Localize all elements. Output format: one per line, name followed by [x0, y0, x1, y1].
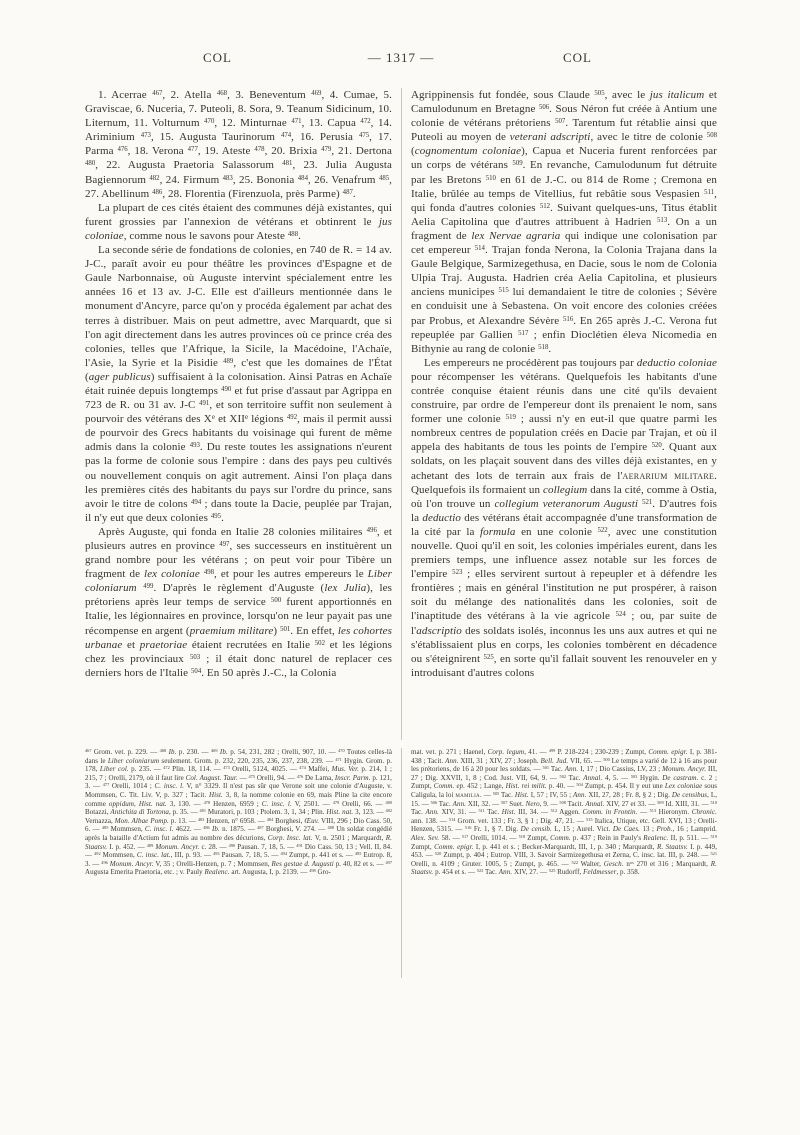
paragraph: Les empereurs ne procédèrent pas toujour… [411, 356, 717, 680]
paragraph: La plupart de ces cités étaient des comm… [85, 201, 392, 243]
paragraph: Agrippinensis fut fondée, sous Claude 50… [411, 88, 717, 356]
main-left-column: 1. Acerrae 467, 2. Atella 468, 3. Beneve… [85, 88, 401, 740]
page-number: — 1317 — [85, 50, 717, 66]
footnotes-left-column: 467 Grom. vet. p. 229. — 468 Ib. p. 230.… [85, 748, 401, 978]
main-text-block: 1. Acerrae 467, 2. Atella 468, 3. Beneve… [85, 88, 717, 740]
paragraph: 1. Acerrae 467, 2. Atella 468, 3. Beneve… [85, 88, 392, 201]
scanned-book-page: COL — 1317 — COL 1. Acerrae 467, 2. Atel… [0, 0, 800, 1135]
footnotes-block: 467 Grom. vet. p. 229. — 468 Ib. p. 230.… [85, 748, 717, 978]
paragraph: Après Auguste, qui fonda en Italie 28 co… [85, 525, 392, 680]
running-head: COL — 1317 — COL [85, 50, 717, 68]
running-head-right: COL [563, 50, 592, 66]
footnotes-left-text: 467 Grom. vet. p. 229. — 468 Ib. p. 230.… [85, 748, 392, 877]
paragraph: La seconde série de fondations de coloni… [85, 243, 392, 525]
footnotes-right-text: mat. vet. p. 271 ; Haenel, Corp. legum, … [411, 748, 717, 877]
footnotes-right-column: mat. vet. p. 271 ; Haenel, Corp. legum, … [401, 748, 717, 978]
main-right-column: Agrippinensis fut fondée, sous Claude 50… [401, 88, 717, 740]
